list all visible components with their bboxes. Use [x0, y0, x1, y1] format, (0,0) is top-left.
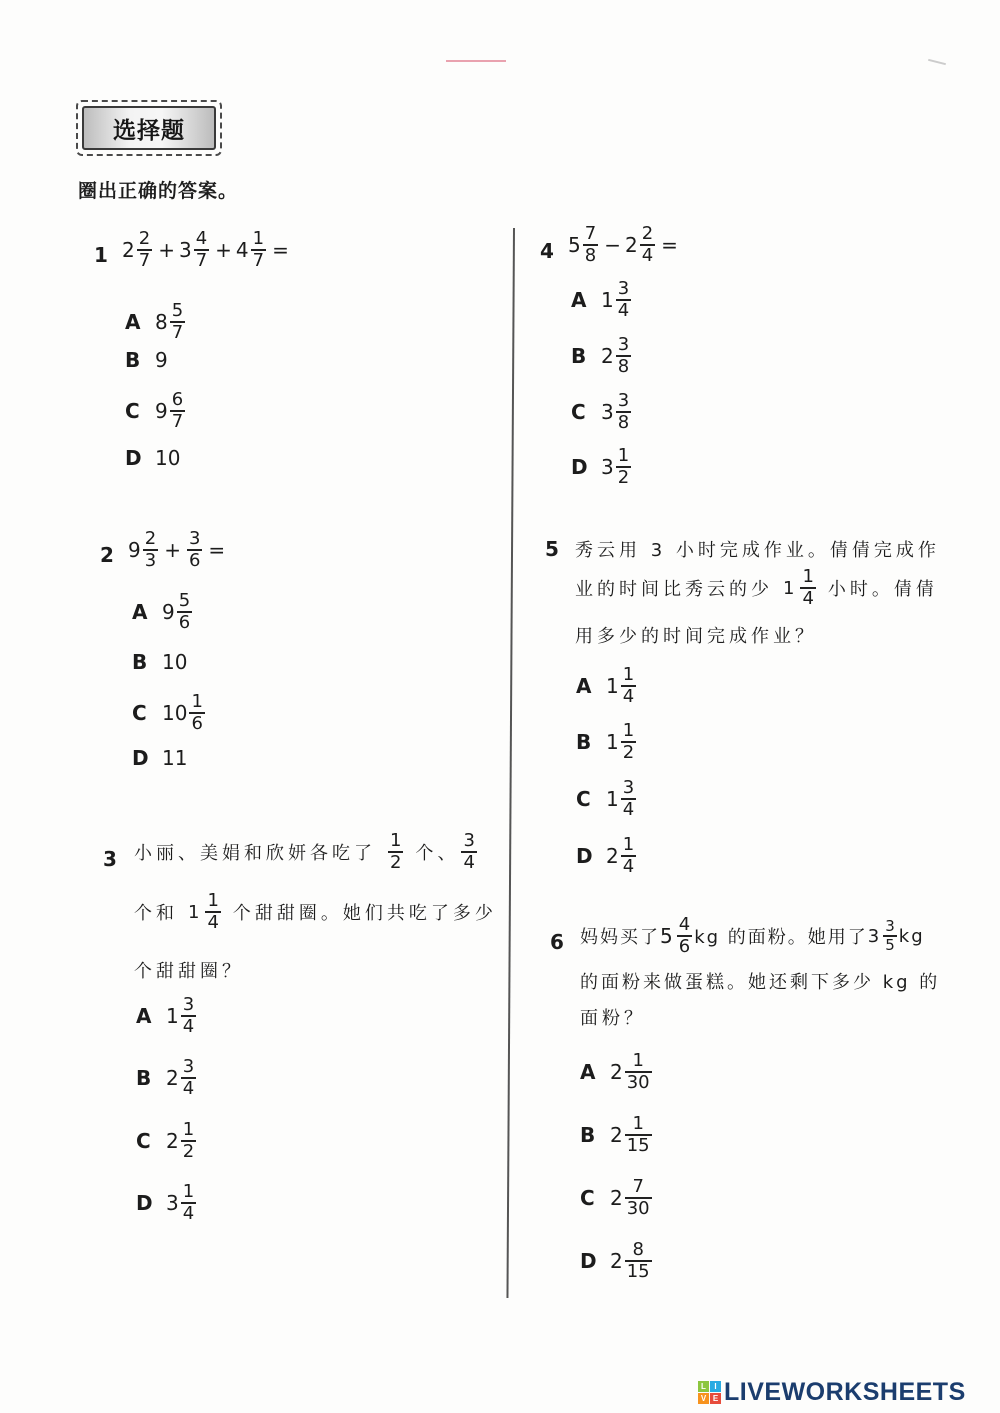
whole-number: 2 — [122, 238, 135, 262]
question-number: 1 — [94, 243, 108, 267]
fraction: 38 — [616, 336, 631, 376]
option-a[interactable]: A956 — [132, 592, 194, 632]
fraction: 730 — [625, 1178, 652, 1218]
option-a[interactable]: A857 — [125, 302, 187, 342]
whole-number: 3 — [179, 238, 192, 262]
operator: = — [272, 238, 289, 262]
option-letter: A — [580, 1060, 610, 1084]
option-letter: D — [580, 1249, 610, 1273]
question-expression: 923 + 36 = — [128, 530, 229, 570]
option-letter: B — [125, 348, 155, 372]
option-letter: C — [125, 399, 155, 423]
fraction: 16 — [189, 693, 204, 733]
fraction: 130 — [625, 1052, 652, 1092]
option-c[interactable]: C134 — [576, 779, 638, 819]
fraction: 14 — [181, 1183, 196, 1223]
fraction: 57 — [170, 302, 185, 342]
option-letter: C — [576, 787, 606, 811]
question-text-line: 秀云用 3 小时完成作业。倩倩完成作 — [575, 536, 940, 562]
scan-mark — [928, 59, 946, 65]
option-d[interactable]: D312 — [571, 447, 633, 487]
option-letter: A — [125, 310, 155, 334]
fraction: 115 — [625, 1115, 652, 1155]
option-d[interactable]: D214 — [576, 836, 638, 876]
operator: = — [661, 233, 678, 257]
fraction: 23 — [143, 530, 158, 570]
question-text-line: 个和 114 个甜甜圈。她们共吃了多少 — [134, 892, 497, 932]
option-letter: B — [136, 1066, 166, 1090]
fraction: 14 — [205, 892, 220, 932]
option-letter: D — [125, 446, 155, 470]
fraction: 14 — [621, 666, 636, 706]
operator: + — [164, 538, 181, 562]
option-b[interactable]: B9 — [125, 348, 168, 372]
fraction: 56 — [177, 592, 192, 632]
operator: − — [604, 233, 621, 257]
fraction: 12 — [621, 722, 636, 762]
option-letter: A — [136, 1004, 166, 1028]
option-letter: C — [580, 1186, 610, 1210]
option-letter: B — [576, 730, 606, 754]
option-letter: A — [132, 600, 162, 624]
fraction: 24 — [640, 225, 655, 265]
section-title-stamp: 选择题 — [76, 100, 222, 156]
whole-number: 5 — [568, 233, 581, 257]
fraction: 35 — [883, 919, 897, 953]
option-value: 11 — [162, 746, 187, 770]
option-letter: C — [571, 400, 601, 424]
question-text-line: 业的时间比秀云的少 114 小时。倩倩 — [575, 568, 938, 608]
option-letter: D — [132, 746, 162, 770]
fraction: 14 — [621, 836, 636, 876]
question-text-line: 面粉？ — [580, 1004, 646, 1030]
question-number: 2 — [100, 543, 114, 567]
option-d[interactable]: D2815 — [580, 1241, 654, 1281]
option-c[interactable]: C967 — [125, 391, 187, 431]
question-number: 5 — [545, 537, 559, 561]
instruction-text: 圈出正确的答案。 — [78, 176, 238, 203]
fraction: 34 — [181, 1058, 196, 1098]
fraction: 815 — [625, 1241, 652, 1281]
question-number: 4 — [540, 239, 554, 263]
operator: + — [158, 238, 175, 262]
option-b[interactable]: B112 — [576, 722, 638, 762]
section-title: 选择题 — [82, 106, 216, 150]
option-d[interactable]: D11 — [132, 746, 187, 770]
option-letter: B — [571, 344, 601, 368]
option-a[interactable]: A134 — [571, 280, 633, 320]
option-c[interactable]: C338 — [571, 392, 633, 432]
fraction: 12 — [388, 832, 403, 872]
option-letter: B — [580, 1123, 610, 1147]
question-number: 6 — [550, 930, 564, 954]
option-letter: D — [576, 844, 606, 868]
fraction: 34 — [621, 779, 636, 819]
fraction: 14 — [800, 568, 815, 608]
option-d[interactable]: D10 — [125, 446, 180, 470]
option-c[interactable]: C1016 — [132, 693, 207, 733]
question-number: 3 — [103, 847, 117, 871]
fraction: 34 — [181, 996, 196, 1036]
option-b[interactable]: B10 — [132, 650, 187, 674]
fraction: 12 — [616, 447, 631, 487]
fraction: 34 — [616, 280, 631, 320]
fraction: 38 — [616, 392, 631, 432]
fraction: 34 — [461, 832, 476, 872]
whole-number: 4 — [236, 238, 249, 262]
logo-text: LIVEWORKSHEETS — [724, 1378, 966, 1407]
option-a[interactable]: A2130 — [580, 1052, 654, 1092]
option-letter: D — [571, 455, 601, 479]
option-b[interactable]: B2115 — [580, 1115, 654, 1155]
operator: + — [215, 238, 232, 262]
question-text-line: 个甜甜圈？ — [134, 957, 244, 983]
whole-number: 2 — [625, 233, 638, 257]
option-a[interactable]: A134 — [136, 996, 198, 1036]
option-letter: D — [136, 1191, 166, 1215]
fraction: 46 — [677, 916, 692, 956]
fraction: 78 — [583, 225, 598, 265]
question-text-line: 用多少的时间完成作业？ — [575, 622, 817, 648]
option-b[interactable]: B238 — [571, 336, 633, 376]
fraction: 67 — [170, 391, 185, 431]
option-c[interactable]: C212 — [136, 1121, 198, 1161]
question-expression: 227 + 347 + 417 = — [122, 230, 293, 270]
option-value: 10 — [162, 650, 187, 674]
question-text-line: 的面粉来做蛋糕。她还剩下多少 kg 的 — [580, 968, 940, 994]
option-letter: C — [132, 701, 162, 725]
option-letter: C — [136, 1129, 166, 1153]
option-value: 10 — [155, 446, 180, 470]
fraction: 27 — [137, 230, 152, 270]
option-letter: A — [571, 288, 601, 312]
option-d[interactable]: D314 — [136, 1183, 198, 1223]
option-a[interactable]: A114 — [576, 666, 638, 706]
option-letter: B — [132, 650, 162, 674]
operator: = — [208, 538, 225, 562]
whole-number: 9 — [128, 538, 141, 562]
column-divider — [506, 228, 515, 1298]
liveworksheets-logo: L I V E LIVEWORKSHEETS — [698, 1378, 966, 1407]
option-letter: A — [576, 674, 606, 698]
question-text-line: 妈妈买了 546 kg 的面粉。她用了 335 kg — [580, 916, 925, 956]
option-value: 9 — [155, 348, 168, 372]
scan-mark — [446, 60, 506, 62]
option-b[interactable]: B234 — [136, 1058, 198, 1098]
question-expression: 578 − 224 = — [568, 225, 682, 265]
question-text-line: 小丽、美娟和欣妍各吃了 12 个、 34 — [134, 832, 479, 872]
logo-blocks-icon: L I V E — [698, 1381, 721, 1404]
fraction: 36 — [187, 530, 202, 570]
fraction: 17 — [251, 230, 266, 270]
fraction: 12 — [181, 1121, 196, 1161]
fraction: 47 — [194, 230, 209, 270]
option-c[interactable]: C2730 — [580, 1178, 654, 1218]
